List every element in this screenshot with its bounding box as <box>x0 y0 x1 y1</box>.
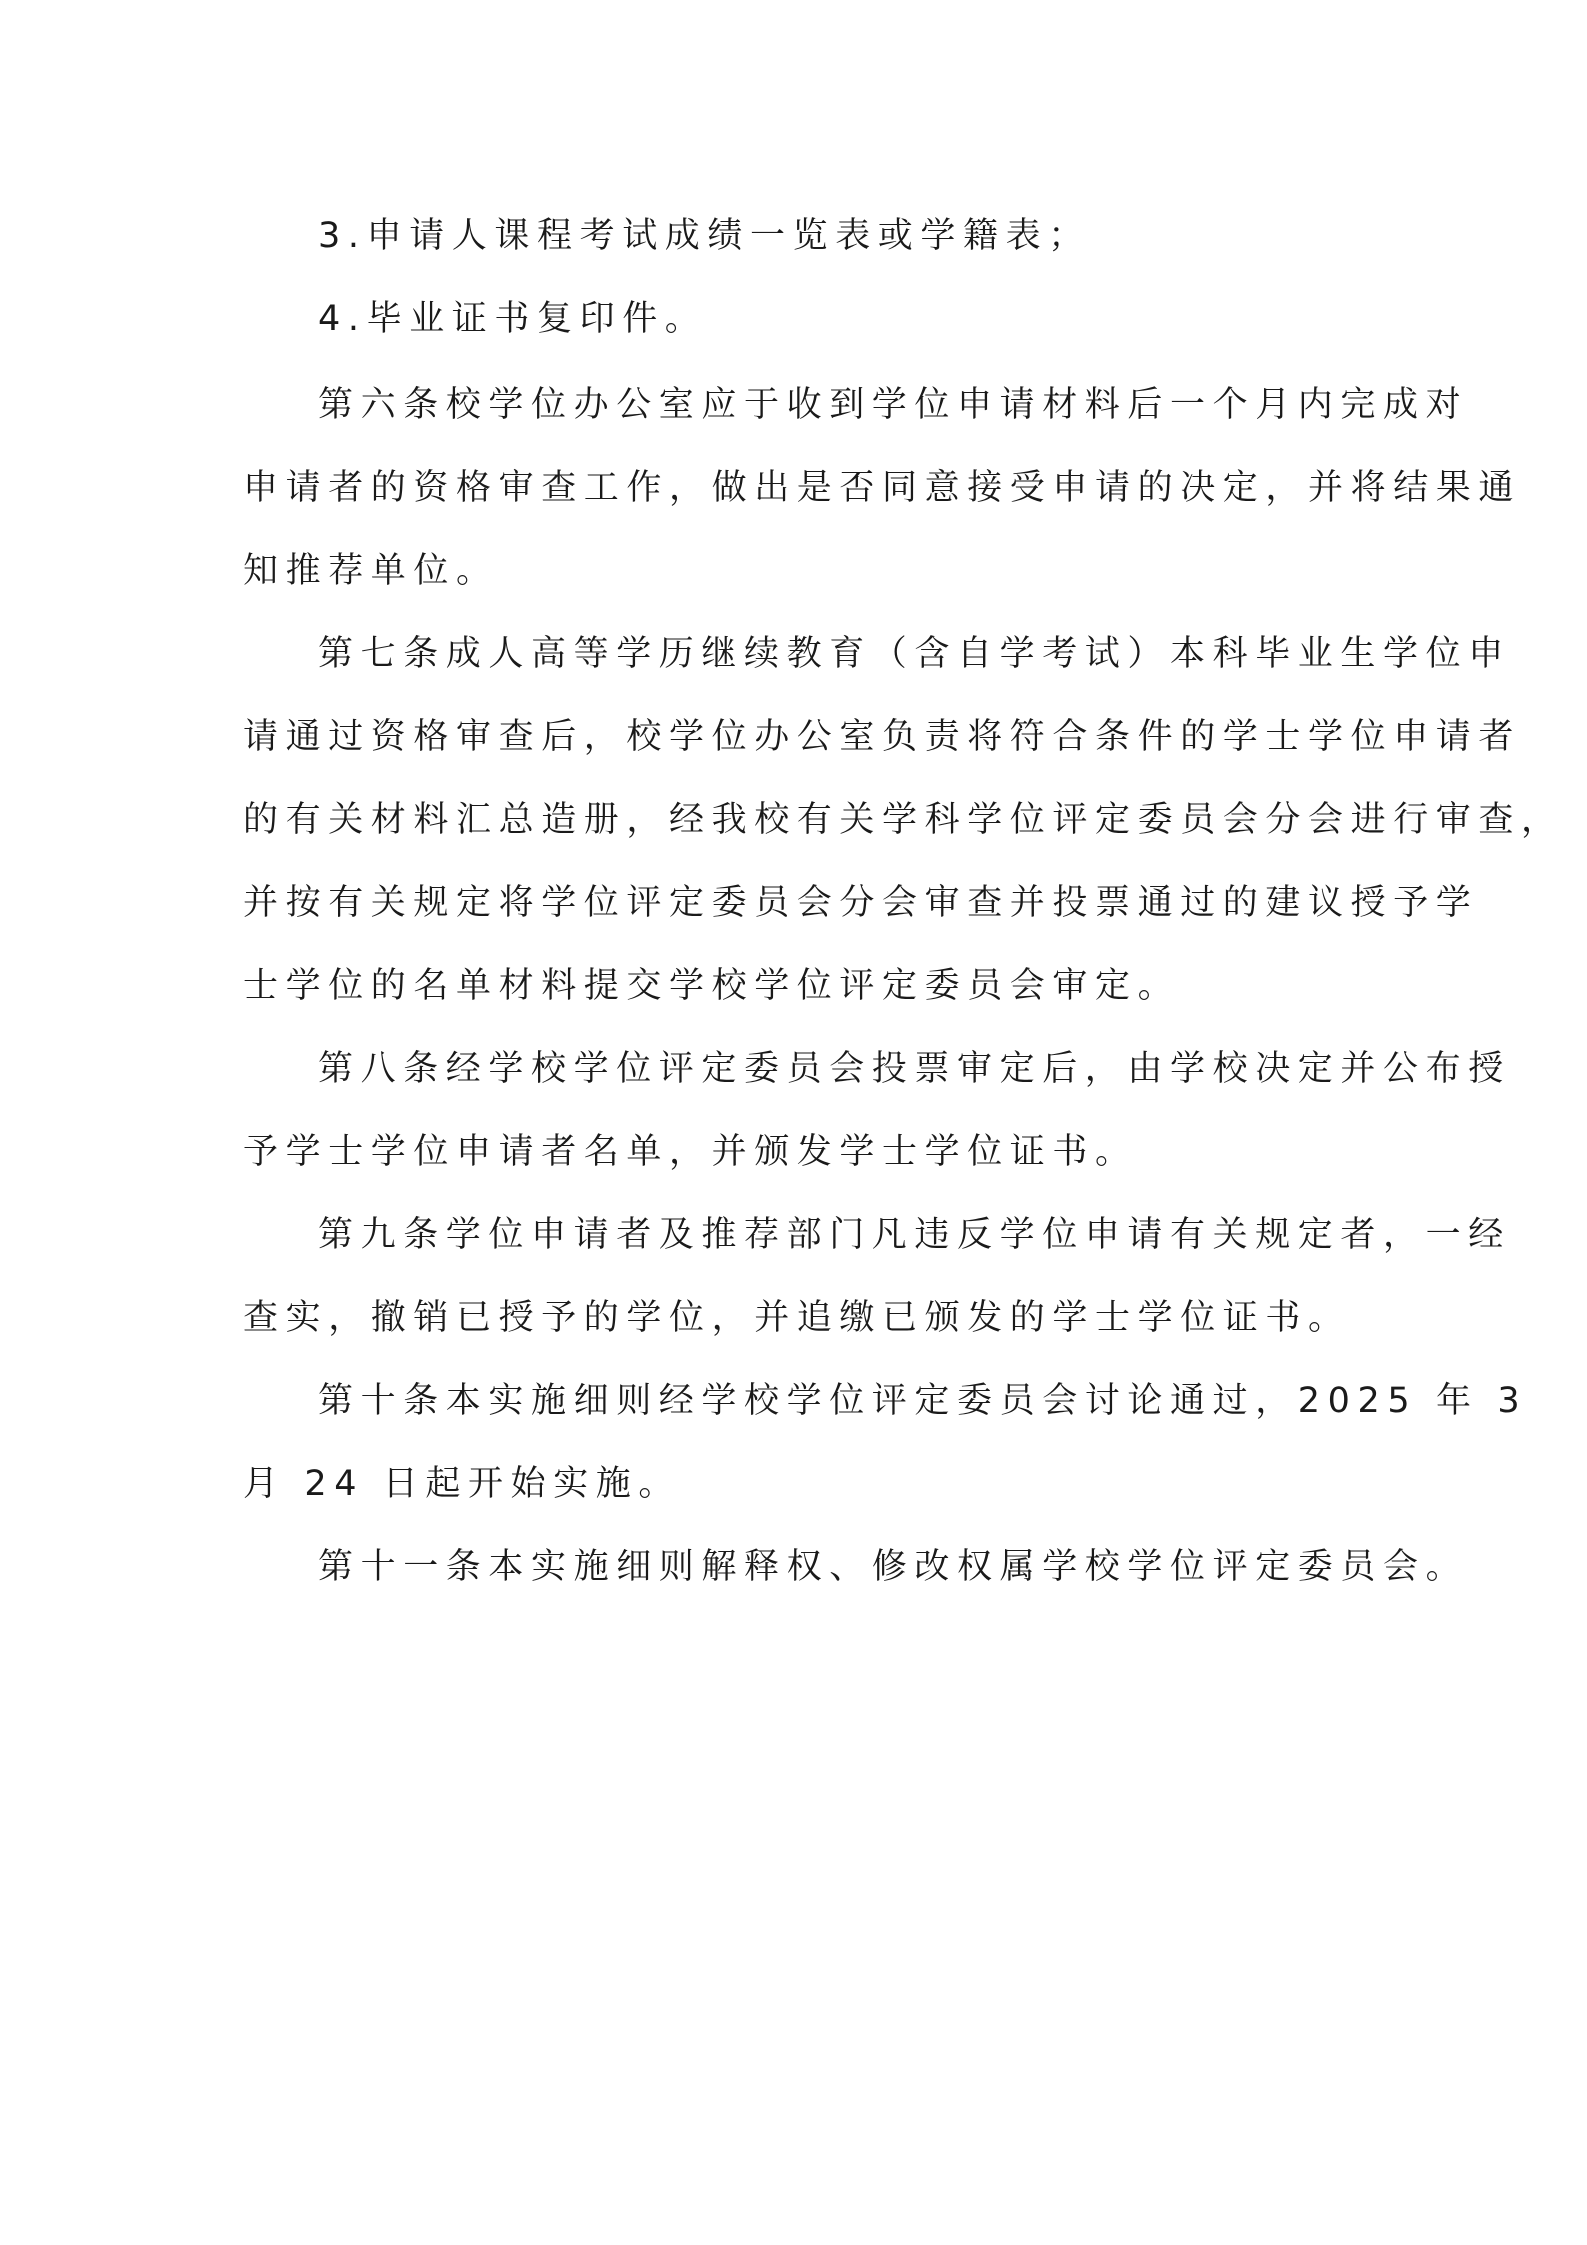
article-10-line-2: 月 24 日起开始实施。 <box>243 1462 681 1506</box>
article-6-line-1: 第六条校学位办公室应于收到学位申请材料后一个月内完成对 <box>318 383 1468 427</box>
article-7-line-2: 请通过资格审查后，校学位办公室负责将符合条件的学士学位申请者 <box>243 715 1521 759</box>
list-item-3: 3.申请人课程考试成绩一览表或学籍表； <box>318 214 1091 258</box>
list-item-4: 4.毕业证书复印件。 <box>318 297 707 341</box>
document-page: 3.申请人课程考试成绩一览表或学籍表； 4.毕业证书复印件。 第六条校学位办公室… <box>0 0 1587 2245</box>
article-6-line-3: 知推荐单位。 <box>243 549 499 593</box>
article-9-line-1: 第九条学位申请者及推荐部门凡违反学位申请有关规定者，一经 <box>318 1213 1511 1257</box>
article-7-line-3: 的有关材料汇总造册，经我校有关学科学位评定委员会分会进行审查， <box>243 798 1564 842</box>
article-11-line-1: 第十一条本实施细则解释权、修改权属学校学位评定委员会。 <box>318 1545 1468 1589</box>
article-6-line-2: 申请者的资格审查工作，做出是否同意接受申请的决定，并将结果通 <box>243 466 1521 510</box>
article-7-line-4: 并按有关规定将学位评定委员会分会审查并投票通过的建议授予学 <box>243 881 1478 925</box>
article-10-line-1: 第十条本实施细则经学校学位评定委员会讨论通过，2025 年 3 <box>318 1379 1527 1423</box>
article-8-line-2: 予学士学位申请者名单，并颁发学士学位证书。 <box>243 1130 1138 1174</box>
article-7-line-1: 第七条成人高等学历继续教育（含自学考试）本科毕业生学位申 <box>318 632 1511 676</box>
article-7-line-5: 士学位的名单材料提交学校学位评定委员会审定。 <box>243 964 1180 1008</box>
article-9-line-2: 查实，撤销已授予的学位，并追缴已颁发的学士学位证书。 <box>243 1296 1351 1340</box>
article-8-line-1: 第八条经学校学位评定委员会投票审定后，由学校决定并公布授 <box>318 1047 1511 1091</box>
